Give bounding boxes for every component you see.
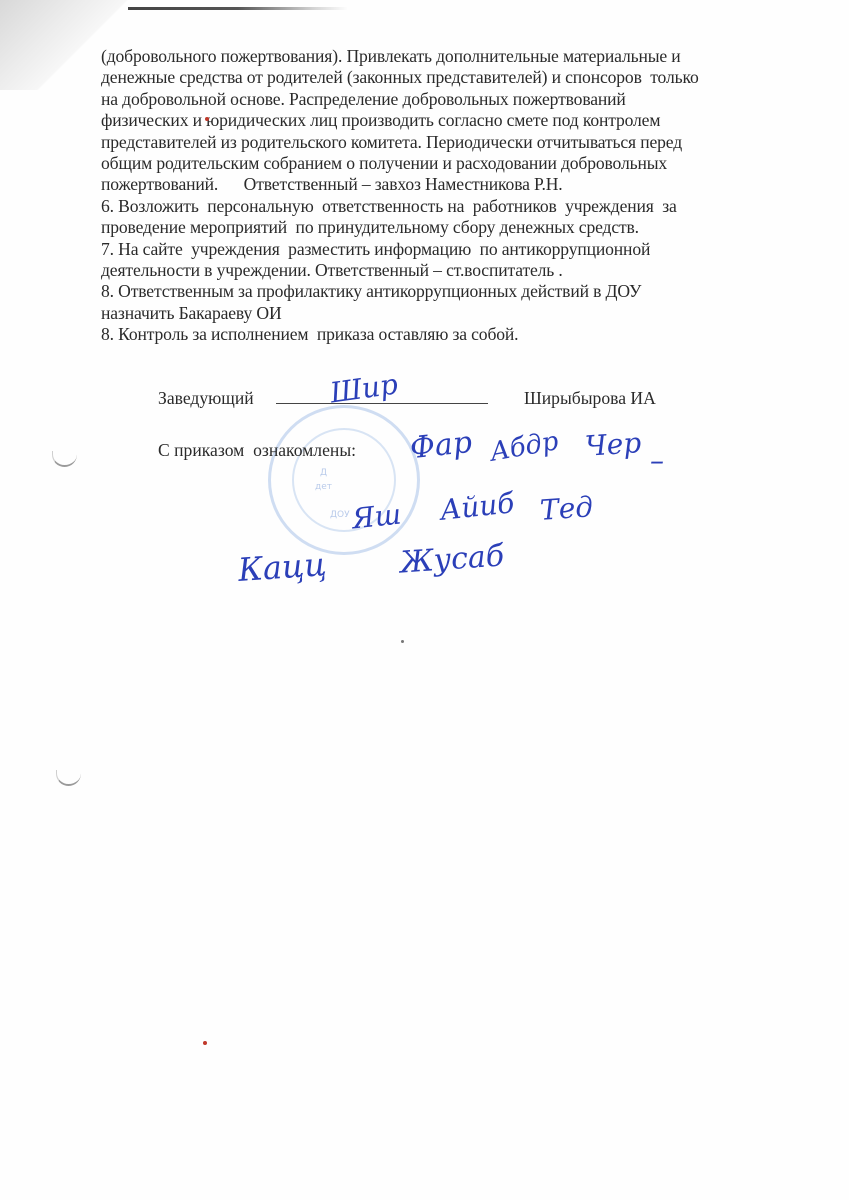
scan-red-mark [203, 1041, 207, 1045]
signature: Кацц [237, 545, 328, 589]
text-line: физических и юридических лиц производить… [101, 110, 761, 131]
scan-red-mark [205, 117, 209, 121]
signature: Яш [350, 498, 402, 536]
punch-hole-icon [56, 770, 81, 786]
item-6-text: 6. Возложить персональную ответственност… [101, 196, 761, 217]
scan-edge-shadow [128, 7, 348, 10]
signature: Чер [584, 426, 642, 463]
signature-dash: – [650, 444, 664, 477]
stamp-text: ДОУ [330, 510, 350, 520]
scanned-page: (добровольного пожертвования). Привлекат… [0, 0, 849, 1200]
head-position-label: Заведующий [158, 388, 254, 409]
signature: Фар [408, 425, 473, 466]
text-line: общим родительским собранием о получении… [101, 153, 761, 174]
text-line: денежные средства от родителей (законных… [101, 67, 761, 88]
item-8-control-text: 8. Контроль за исполнением приказа остав… [101, 324, 761, 345]
document-body: (добровольного пожертвования). Привлекат… [101, 46, 761, 345]
item-8-text: 8. Ответственным за профилактику антикор… [101, 281, 761, 302]
text-line: пожертвований. Ответственный – завхоз На… [101, 174, 761, 195]
punch-hole-icon [52, 451, 77, 467]
signature: Тед [539, 490, 594, 527]
stamp-text: Д [320, 468, 327, 478]
text-line: назначить Бакараеву ОИ [101, 303, 761, 324]
text-line: (добровольного пожертвования). Привлекат… [101, 46, 761, 67]
text-line: на добровольной основе. Распределение до… [101, 89, 761, 110]
signature-line [276, 403, 488, 404]
acknowledged-label: С приказом ознакомлены: [158, 440, 356, 461]
text-line: деятельности в учреждении. Ответственный… [101, 260, 761, 281]
scan-speck [401, 640, 404, 643]
signature: Айиб [438, 486, 515, 527]
stamp-text: дет [315, 482, 332, 492]
text-line: проведение мероприятий по принудительном… [101, 217, 761, 238]
head-name: Ширыбырова ИА [524, 388, 656, 409]
item-7-text: 7. На сайте учреждения разместить информ… [101, 239, 761, 260]
signature: Абдр [488, 426, 561, 467]
text-line: представителей из родительского комитета… [101, 132, 761, 153]
signature: Жусаб [399, 538, 505, 580]
